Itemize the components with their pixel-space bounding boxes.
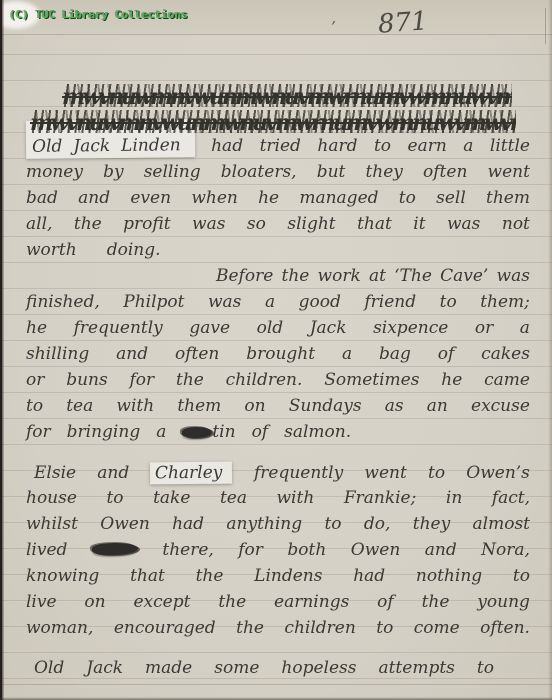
word: young — [477, 592, 530, 612]
manuscript-body: mwvnuwmnvwunmwnuvmwrnumvwmnuwvmwvnuwmnvw… — [26, 84, 530, 684]
word: hopeless — [281, 658, 356, 678]
word: Philpot — [123, 292, 184, 312]
word: money — [26, 162, 83, 182]
word: made — [145, 658, 192, 678]
word: hard — [317, 136, 357, 156]
word: the — [218, 592, 246, 612]
word: or — [26, 370, 44, 390]
word: except — [133, 592, 190, 612]
word: had — [211, 136, 243, 156]
word: not — [502, 214, 530, 234]
word: Before — [216, 266, 273, 286]
word: and — [116, 344, 148, 364]
manuscript-line: shillingandoftenbroughtabagofcakes — [26, 344, 530, 370]
word: bloaters, — [221, 162, 297, 182]
word: sell — [436, 188, 466, 208]
word: to — [26, 396, 43, 416]
word: frequently — [74, 318, 163, 338]
manuscript-line: toteawiththemonSundaysasanexcuse — [26, 396, 530, 422]
word: children — [284, 618, 355, 638]
word: or — [475, 318, 493, 338]
word: sixpence — [373, 318, 448, 338]
word: bag — [379, 344, 411, 364]
word: Owen — [351, 540, 401, 560]
word: Owen — [100, 514, 150, 534]
word: to — [324, 514, 341, 534]
word: for — [130, 370, 155, 390]
word: good — [299, 292, 341, 312]
word: children. — [226, 370, 303, 390]
word: work — [318, 266, 361, 286]
word: anything — [226, 514, 302, 534]
word: Charley — [155, 463, 223, 484]
word: to — [477, 658, 494, 678]
word: worth — [26, 240, 77, 260]
word: even — [130, 188, 171, 208]
word: some — [214, 658, 259, 678]
word: Jack — [86, 658, 123, 678]
word: Lindens — [254, 566, 322, 586]
manuscript-line: orbunsforthechildren.Sometimeshecame — [26, 370, 530, 396]
paragraph-gap — [26, 644, 530, 658]
word: bad — [26, 188, 58, 208]
word: old — [257, 318, 284, 338]
word: the — [176, 370, 204, 390]
word: they — [413, 514, 450, 534]
word: to — [440, 292, 457, 312]
scan-right-edge — [548, 0, 552, 700]
word: them — [486, 188, 530, 208]
word: attempts — [378, 658, 454, 678]
ink-blot — [182, 426, 212, 438]
word: an — [427, 396, 448, 416]
word: Frankie; — [344, 488, 417, 508]
word: they — [365, 162, 402, 182]
word: often — [423, 162, 467, 182]
word: earnings — [274, 592, 349, 612]
struck-out-line: mwvnuwmnvwunmwnuvmwrnumvwmnuwvmwvnuwmnvw… — [26, 110, 530, 136]
copyright-watermark: (C) TUC Library Collections — [9, 8, 188, 21]
struck-out-line: mwvnuwmnvwunmwnuvmwrnumvwmnuwvmwvnuwmnvw… — [26, 84, 530, 110]
word: when — [191, 188, 238, 208]
word: them — [177, 396, 221, 416]
word: tin — [212, 422, 235, 442]
word: little — [490, 136, 530, 156]
word: to — [428, 463, 445, 483]
word: Sundays — [289, 396, 362, 416]
word: a — [265, 292, 275, 312]
word: a — [520, 318, 530, 338]
word: house — [26, 488, 77, 508]
word: was — [208, 292, 241, 312]
word: a — [156, 422, 166, 442]
word: knowing — [26, 566, 99, 586]
word: slight — [287, 214, 335, 234]
word: nothing — [416, 566, 482, 586]
word: and — [78, 188, 110, 208]
word: had — [172, 514, 204, 534]
word: Owen’s — [466, 463, 530, 483]
manuscript-line: ElsieandCharleyfrequentlywenttoOwen’s — [26, 462, 530, 488]
manuscript-line: housetotaketeawithFrankie;infact, — [26, 488, 530, 514]
ink-blot — [92, 542, 138, 556]
word: for — [238, 540, 263, 560]
word: and — [97, 463, 129, 483]
word: the — [422, 592, 450, 612]
word: had — [353, 566, 385, 586]
word: but — [317, 162, 346, 182]
word: doing. — [107, 240, 161, 260]
word: so — [247, 214, 266, 234]
word: come — [414, 618, 460, 638]
word: tea — [66, 396, 93, 416]
word: as — [385, 396, 404, 416]
word: ‘The — [394, 266, 432, 286]
word: often. — [480, 618, 530, 638]
word: live — [26, 592, 57, 612]
word: both — [287, 540, 326, 560]
word: was — [192, 214, 225, 234]
word: lived — [26, 540, 67, 560]
word: all, — [26, 214, 52, 234]
word: gave — [189, 318, 230, 338]
manuscript-line: all,theprofitwassoslightthatitwasnot — [26, 214, 530, 240]
word: to — [374, 136, 391, 156]
stray-ink-mark: ’ — [331, 18, 336, 36]
word: for — [26, 422, 51, 442]
manuscript-line: whilstOwenhadanythingtodo,theyalmost — [26, 514, 530, 540]
word: the — [281, 266, 309, 286]
word: finished, — [26, 292, 100, 312]
word: the — [74, 214, 102, 234]
word: of — [377, 592, 394, 612]
word: profit — [123, 214, 170, 234]
manuscript-line: OldJackmadesomehopelessattemptsto — [26, 658, 530, 684]
word: cakes — [481, 344, 530, 364]
word: Cave’ — [440, 266, 488, 286]
word: woman, — [26, 618, 93, 638]
word: came — [484, 370, 530, 390]
manuscript-line: forbringingatinofsalmon. — [26, 422, 530, 448]
word: of — [438, 344, 455, 364]
word: to — [106, 488, 123, 508]
word: salmon. — [284, 422, 351, 442]
word: at — [369, 266, 386, 286]
manuscript-line: finished,Philpotwasagoodfriendtothem; — [26, 292, 530, 318]
word: by — [103, 162, 124, 182]
word: tea — [220, 488, 247, 508]
word: Old — [32, 137, 62, 157]
word: frequently — [254, 463, 343, 483]
word: almost — [473, 514, 530, 534]
word: on — [244, 396, 265, 416]
word: them; — [480, 292, 530, 312]
scribble-stroke: mwvnuwmnvwunmwnuvmwrnumvwmnuwvmwvnuwmnvw… — [30, 110, 516, 133]
word: went — [364, 463, 406, 483]
word: earn — [408, 136, 447, 156]
word: went — [488, 162, 530, 182]
word: Elsie — [34, 463, 76, 483]
word: to — [399, 188, 416, 208]
word: with — [116, 396, 154, 416]
manuscript-line: woman,encouragedthechildrentocomeoften. — [26, 618, 530, 644]
word: on — [84, 592, 105, 612]
word: fact, — [492, 488, 530, 508]
manuscript-line: moneybysellingbloaters,buttheyoftenwent — [26, 162, 530, 188]
word: he — [441, 370, 462, 390]
word: it — [413, 214, 425, 234]
word: to — [376, 618, 393, 638]
manuscript-line: worthdoing. — [26, 240, 530, 266]
manuscript-line: hefrequentlygaveoldJacksixpenceora — [26, 318, 530, 344]
word: often — [175, 344, 219, 364]
word: was — [497, 266, 530, 286]
word: bringing — [67, 422, 141, 442]
word: buns — [66, 370, 108, 390]
word: friend — [364, 292, 416, 312]
word: and — [425, 540, 457, 560]
underlying-page-edge — [545, 8, 546, 44]
word: do, — [364, 514, 391, 534]
word: Jack — [310, 318, 347, 338]
paragraph-gap — [26, 448, 530, 462]
word: whilst — [26, 514, 78, 534]
word: to — [513, 566, 530, 586]
word: he — [258, 188, 279, 208]
word: a — [342, 344, 352, 364]
word: Linden — [121, 135, 181, 156]
scan-left-edge — [0, 0, 5, 700]
word: Old — [34, 658, 64, 678]
word: managed — [299, 188, 378, 208]
pasted-slip: Charley — [150, 462, 233, 485]
word: a — [463, 136, 473, 156]
word: brought — [246, 344, 315, 364]
word: selling — [144, 162, 201, 182]
word: in — [446, 488, 462, 508]
word: of — [252, 422, 269, 442]
word: take — [153, 488, 190, 508]
manuscript-line: livedthere,forbothOwenandNora, — [26, 540, 530, 566]
manuscript-line: Beforetheworkat‘TheCave’was — [26, 266, 530, 292]
word: that — [130, 566, 165, 586]
word: Jack — [73, 136, 110, 156]
word: encouraged — [114, 618, 216, 638]
word: that — [357, 214, 392, 234]
manuscript-line: OldJackLindenhadtriedhardtoearnalittle — [26, 136, 530, 162]
page-number: 871 — [377, 6, 429, 39]
word: the — [236, 618, 264, 638]
word: Sometimes — [324, 370, 419, 390]
word: tried — [260, 136, 301, 156]
word: he — [26, 318, 47, 338]
word: was — [447, 214, 480, 234]
word: shilling — [26, 344, 89, 364]
word: the — [196, 566, 224, 586]
manuscript-page: (C) TUC Library Collections ’ 871 mwvnuw… — [0, 0, 552, 700]
word: Nora, — [481, 540, 530, 560]
page-bottom-rule — [0, 684, 552, 685]
manuscript-line: liveonexcepttheearningsoftheyoung — [26, 592, 530, 618]
word: with — [277, 488, 315, 508]
word: excuse — [471, 396, 530, 416]
manuscript-line: knowingthattheLindenshadnothingto — [26, 566, 530, 592]
manuscript-line: badandevenwhenhemanagedtosellthem — [26, 188, 530, 214]
scribble-stroke: mwvnuwmnvwunmwnuvmwrnumvwmnuwvmwvnuwmnvw… — [62, 84, 512, 107]
word: there, — [162, 540, 213, 560]
